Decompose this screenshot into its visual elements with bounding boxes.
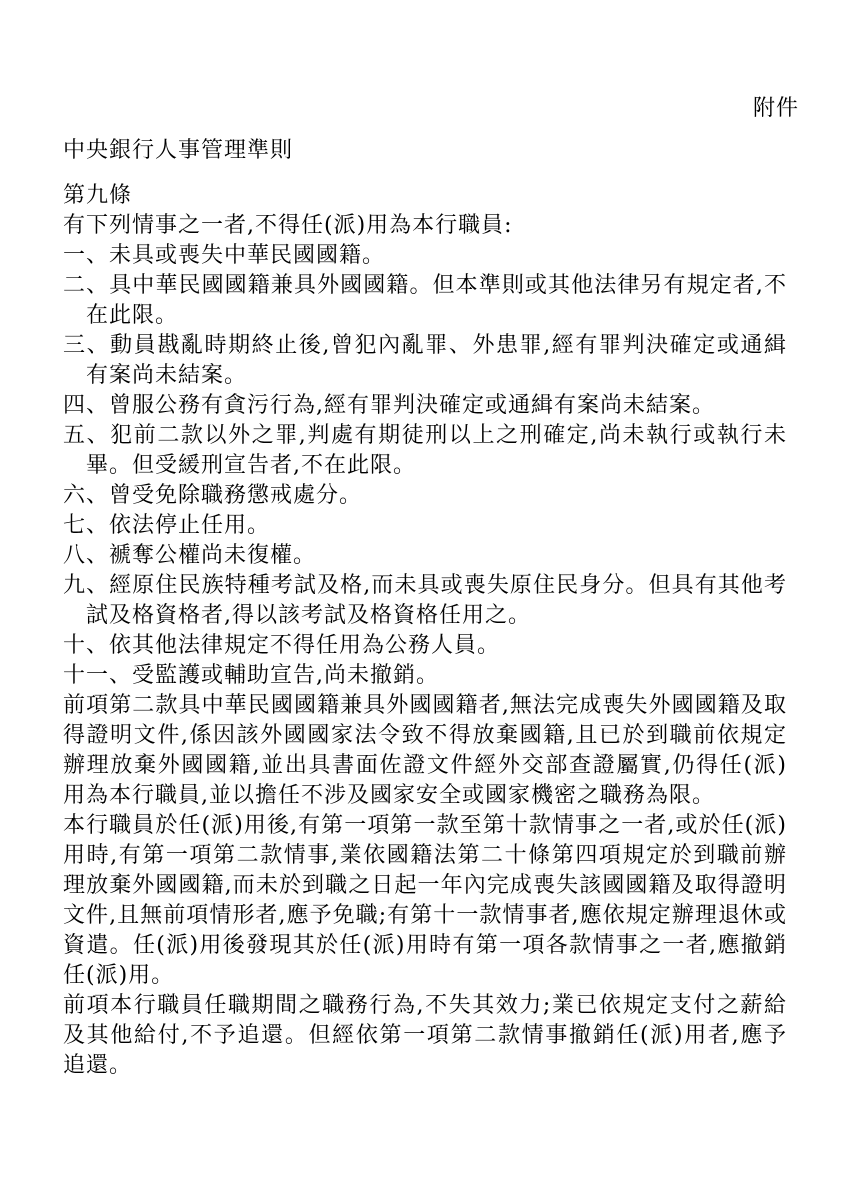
list-item-1: 一、未具或喪失中華民國國籍。: [63, 241, 787, 271]
list-item-4: 四、曾服公務有貪污行為,經有罪判決確定或通緝有案尚未結案。: [63, 391, 787, 421]
document-title: 中央銀行人事管理準則: [63, 136, 787, 166]
list-item-9: 九、經原住民族特種考試及格,而未具或喪失原住民身分。但具有其他考試及格資格者,得…: [63, 571, 787, 631]
attachment-label: 附件: [63, 94, 799, 124]
list-item-3: 三、動員戡亂時期終止後,曾犯內亂罪、外患罪,經有罪判決確定或通緝有案尚未結案。: [63, 331, 787, 391]
list-item-6: 六、曾受免除職務懲戒處分。: [63, 481, 787, 511]
paragraph-3: 本行職員於任(派)用後,有第一項第一款至第十款情事之一者,或於任(派)用時,有第…: [63, 811, 787, 991]
article-heading: 第九條: [63, 181, 787, 211]
intro-paragraph: 有下列情事之一者,不得任(派)用為本行職員:: [63, 211, 787, 241]
list-item-8: 八、褫奪公權尚未復權。: [63, 541, 787, 571]
list-item-2: 二、具中華民國國籍兼具外國國籍。但本準則或其他法律另有規定者,不在此限。: [63, 271, 787, 331]
list-item-7: 七、依法停止任用。: [63, 511, 787, 541]
list-item-5: 五、犯前二款以外之罪,判處有期徒刑以上之刑確定,尚未執行或執行未畢。但受緩刑宣告…: [63, 421, 787, 481]
paragraph-4: 前項本行職員任職期間之職務行為,不失其效力;業已依規定支付之薪給及其他給付,不予…: [63, 991, 787, 1081]
document-page: 附件 中央銀行人事管理準則 第九條 有下列情事之一者,不得任(派)用為本行職員:…: [0, 0, 849, 1200]
list-item-11: 十一、受監護或輔助宣告,尚未撤銷。: [63, 661, 787, 691]
paragraph-2: 前項第二款具中華民國國籍兼具外國國籍者,無法完成喪失外國國籍及取得證明文件,係因…: [63, 691, 787, 811]
list-item-10: 十、依其他法律規定不得任用為公務人員。: [63, 631, 787, 661]
